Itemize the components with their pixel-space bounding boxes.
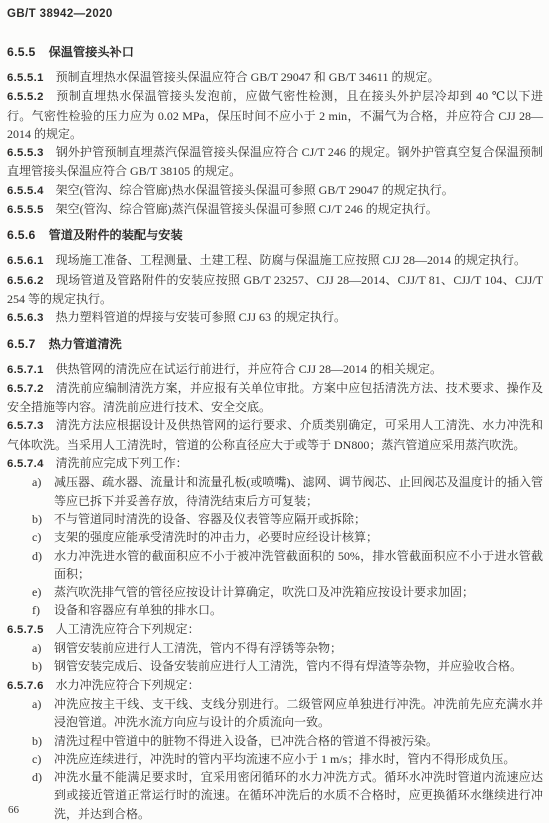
clause-6.5.5.4: 6.5.5.4架空(管沟、综合管廊)热水保温管接头保温可参照 GB/T 2904… [7, 181, 543, 200]
section-title: 管道及附件的装配与安装 [49, 228, 183, 242]
clause-number: 6.5.5.3 [7, 147, 44, 159]
document-page: GB/T 38942—2020 6.5.5保温管接头补口6.5.5.1预制直埋热… [0, 0, 549, 823]
clause-number: 6.5.6.1 [7, 255, 44, 267]
list-item: a)冲洗应按主干线、支干线、支线分别进行。二级管网应单独进行冲洗。冲洗前先应充满… [7, 695, 543, 732]
section-6.5.6: 6.5.6管道及附件的装配与安装6.5.6.1现场施工准备、工程测量、土建工程、… [7, 226, 543, 327]
section-6.5.7: 6.5.7热力管道清洗6.5.7.1供热管网的清洗应在试运行前进行，并应符合 C… [7, 335, 543, 823]
section-title: 热力管道清洗 [49, 337, 122, 351]
list-item: f)设备和容器应有单独的排水口。 [7, 601, 543, 619]
list-item-text: 水力冲洗进水管的截面积应不小于被冲洗管截面积的 50%，排水管截面积应不小于进水… [54, 547, 543, 584]
clause-6.5.5.1: 6.5.5.1预制直埋热水保温管接头保温应符合 GB/T 29047 和 GB/… [7, 68, 543, 87]
list-item: d)水力冲洗进水管的截面积应不小于被冲洗管截面积的 50%，排水管截面积应不小于… [7, 547, 543, 584]
clause-number: 6.5.7.3 [7, 420, 44, 432]
clause-text: 热力塑料管道的焊接与安装可参照 CJJ 63 的规定执行。 [56, 310, 346, 324]
clause-text: 清洗前应编制清洗方案，并应报有关单位审批。方案中应包括清洗方法、技术要求、操作及… [7, 381, 543, 414]
list-item: b)不与管道同时清洗的设备、容器及仪表管等应隔开或拆除； [7, 510, 543, 528]
section-heading: 6.5.7热力管道清洗 [7, 335, 543, 354]
clause-6.5.6.2: 6.5.6.2现场管道及管路附件的安装应按照 GB/T 23257、CJJ 28… [7, 271, 543, 309]
clause-number: 6.5.5.4 [7, 185, 44, 197]
list-item: c)冲洗应连续进行，冲洗时的管内平均流速不应小于 1 m/s；排水时，管内不得形… [7, 750, 543, 768]
clause-6.5.5.3: 6.5.5.3钢外护管预制直埋蒸汽保温管接头保温应符合 CJ/T 246 的规定… [7, 143, 543, 181]
list-item-label: b) [32, 510, 54, 528]
clause-text: 架空(管沟、综合管廊)蒸汽保温管接头保温可参照 CJ/T 246 的规定执行。 [56, 202, 438, 216]
list-item: a)钢管安装前应进行人工清洗，管内不得有浮锈等杂物； [7, 639, 543, 657]
section-title: 保温管接头补口 [49, 45, 134, 59]
section-heading: 6.5.6管道及附件的装配与安装 [7, 226, 543, 245]
section-number: 6.5.7 [7, 337, 36, 351]
standard-number-header: GB/T 38942—2020 [7, 8, 113, 20]
clause-number: 6.5.5.1 [7, 72, 44, 84]
section-number: 6.5.6 [7, 228, 36, 242]
clause-6.5.7.2: 6.5.7.2清洗前应编制清洗方案，并应报有关单位审批。方案中应包括清洗方法、技… [7, 379, 543, 417]
list-item-text: 减压器、疏水器、流量计和流量孔板(或喷嘴)、滤网、调节阀芯、止回阀芯及温度计的插… [54, 473, 543, 510]
list-item-text: 清洗过程中管道中的脏物不得进入设备，已冲洗合格的管道不得被污染。 [54, 732, 543, 750]
list-item-label: f) [32, 601, 54, 619]
list-item: b)钢管安装完成后、设备安装前应进行人工清洗，管内不得有焊渣等杂物，并应验收合格… [7, 657, 543, 675]
clause-6.5.5.2: 6.5.5.2预制直埋热水保温管接头发泡前，应做气密性检测，且在接头外护层冷却到… [7, 87, 543, 143]
clause-text: 架空(管沟、综合管廊)热水保温管接头保温可参照 GB/T 29047 的规定执行… [56, 183, 454, 197]
list-item-text: 设备和容器应有单独的排水口。 [54, 601, 543, 619]
clause-6.5.7.5: 6.5.7.5人工清洗应符合下列规定： [7, 620, 543, 639]
section-number: 6.5.5 [7, 45, 36, 59]
clause-text: 现场管道及管路附件的安装应按照 GB/T 23257、CJJ 28—2014、C… [7, 273, 543, 306]
list-item-label: d) [32, 547, 54, 584]
clause-text: 预制直埋热水保温管接头发泡前，应做气密性检测，且在接头外护层冷却到 40 ℃以下… [7, 89, 543, 141]
clause-number: 6.5.6.3 [7, 312, 44, 324]
clause-6.5.6.1: 6.5.6.1现场施工准备、工程测量、土建工程、防腐与保温施工应按照 CJJ 2… [7, 251, 543, 270]
clause-6.5.6.3: 6.5.6.3热力塑料管道的焊接与安装可参照 CJJ 63 的规定执行。 [7, 308, 543, 327]
clause-text: 清洗前应完成下列工作： [56, 456, 188, 470]
clause-6.5.5.5: 6.5.5.5架空(管沟、综合管廊)蒸汽保温管接头保温可参照 CJ/T 246 … [7, 200, 543, 219]
section-6.5.5: 6.5.5保温管接头补口6.5.5.1预制直埋热水保温管接头保温应符合 GB/T… [7, 43, 543, 219]
list-item-text: 冲洗水量不能满足要求时，宜采用密闭循环的水力冲洗方式。循环水冲洗时管道内流速应达… [54, 768, 543, 823]
list-item-text: 冲洗应连续进行，冲洗时的管内平均流速不应小于 1 m/s；排水时，管内不得形成负… [54, 750, 543, 768]
list-item-label: d) [32, 768, 54, 823]
list-item-text: 钢管安装前应进行人工清洗，管内不得有浮锈等杂物； [54, 639, 543, 657]
list-item-text: 冲洗应按主干线、支干线、支线分别进行。二级管网应单独进行冲洗。冲洗前先应充满水并… [54, 695, 543, 732]
list-item-label: b) [32, 657, 54, 675]
clause-6.5.7.3: 6.5.7.3清洗方法应根据设计及供热管网的运行要求、介质类别确定，可采用人工清… [7, 416, 543, 454]
list-item-text: 钢管安装完成后、设备安装前应进行人工清洗，管内不得有焊渣等杂物，并应验收合格。 [54, 657, 543, 675]
clause-text: 预制直埋热水保温管接头保温应符合 GB/T 29047 和 GB/T 34611… [56, 70, 440, 84]
clause-number: 6.5.6.2 [7, 275, 44, 287]
list-item: e)蒸汽吹洗排气管的管径应按设计计算确定，吹洗口及冲洗箱应按设计要求加固； [7, 583, 543, 601]
clause-text: 现场施工准备、工程测量、土建工程、防腐与保温施工应按照 CJJ 28—2014 … [56, 253, 526, 267]
list-item-label: c) [32, 750, 54, 768]
clause-number: 6.5.5.5 [7, 204, 44, 216]
list-item: c)支架的强度应能承受清洗时的冲击力，必要时应经设计核算； [7, 528, 543, 546]
clause-number: 6.5.7.4 [7, 458, 44, 470]
list-item-label: a) [32, 639, 54, 657]
clause-number: 6.5.7.6 [7, 680, 44, 692]
page-number: 66 [8, 804, 19, 816]
clause-6.5.7.4: 6.5.7.4清洗前应完成下列工作： [7, 454, 543, 473]
list-item-text: 蒸汽吹洗排气管的管径应按设计计算确定，吹洗口及冲洗箱应按设计要求加固； [54, 583, 543, 601]
clause-number: 6.5.7.2 [7, 383, 44, 395]
list-item: d)冲洗水量不能满足要求时，宜采用密闭循环的水力冲洗方式。循环水冲洗时管道内流速… [7, 768, 543, 823]
clause-text: 供热管网的清洗应在试运行前进行，并应符合 CJJ 28—2014 的相关规定。 [56, 362, 442, 376]
document-body: 6.5.5保温管接头补口6.5.5.1预制直埋热水保温管接头保温应符合 GB/T… [7, 36, 543, 823]
list-item-label: b) [32, 732, 54, 750]
list-item-label: a) [32, 473, 54, 510]
clause-text: 人工清洗应符合下列规定： [56, 622, 200, 636]
list-item-label: a) [32, 695, 54, 732]
section-heading: 6.5.5保温管接头补口 [7, 43, 543, 62]
list-item: b)清洗过程中管道中的脏物不得进入设备，已冲洗合格的管道不得被污染。 [7, 732, 543, 750]
clause-number: 6.5.7.5 [7, 624, 44, 636]
clause-text: 水力冲洗应符合下列规定： [56, 678, 200, 692]
list-item-text: 支架的强度应能承受清洗时的冲击力，必要时应经设计核算； [54, 528, 543, 546]
list-item-label: c) [32, 528, 54, 546]
list-item-text: 不与管道同时清洗的设备、容器及仪表管等应隔开或拆除； [54, 510, 543, 528]
clause-number: 6.5.7.1 [7, 364, 44, 376]
list-item: a)减压器、疏水器、流量计和流量孔板(或喷嘴)、滤网、调节阀芯、止回阀芯及温度计… [7, 473, 543, 510]
clause-6.5.7.1: 6.5.7.1供热管网的清洗应在试运行前进行，并应符合 CJJ 28—2014 … [7, 360, 543, 379]
clause-6.5.7.6: 6.5.7.6水力冲洗应符合下列规定： [7, 676, 543, 695]
clause-number: 6.5.5.2 [7, 91, 44, 103]
clause-text: 钢外护管预制直埋蒸汽保温管接头保温应符合 CJ/T 246 的规定。钢外护管真空… [7, 145, 543, 178]
list-item-label: e) [32, 583, 54, 601]
clause-text: 清洗方法应根据设计及供热管网的运行要求、介质类别确定，可采用人工清洗、水力冲洗和… [7, 418, 543, 451]
